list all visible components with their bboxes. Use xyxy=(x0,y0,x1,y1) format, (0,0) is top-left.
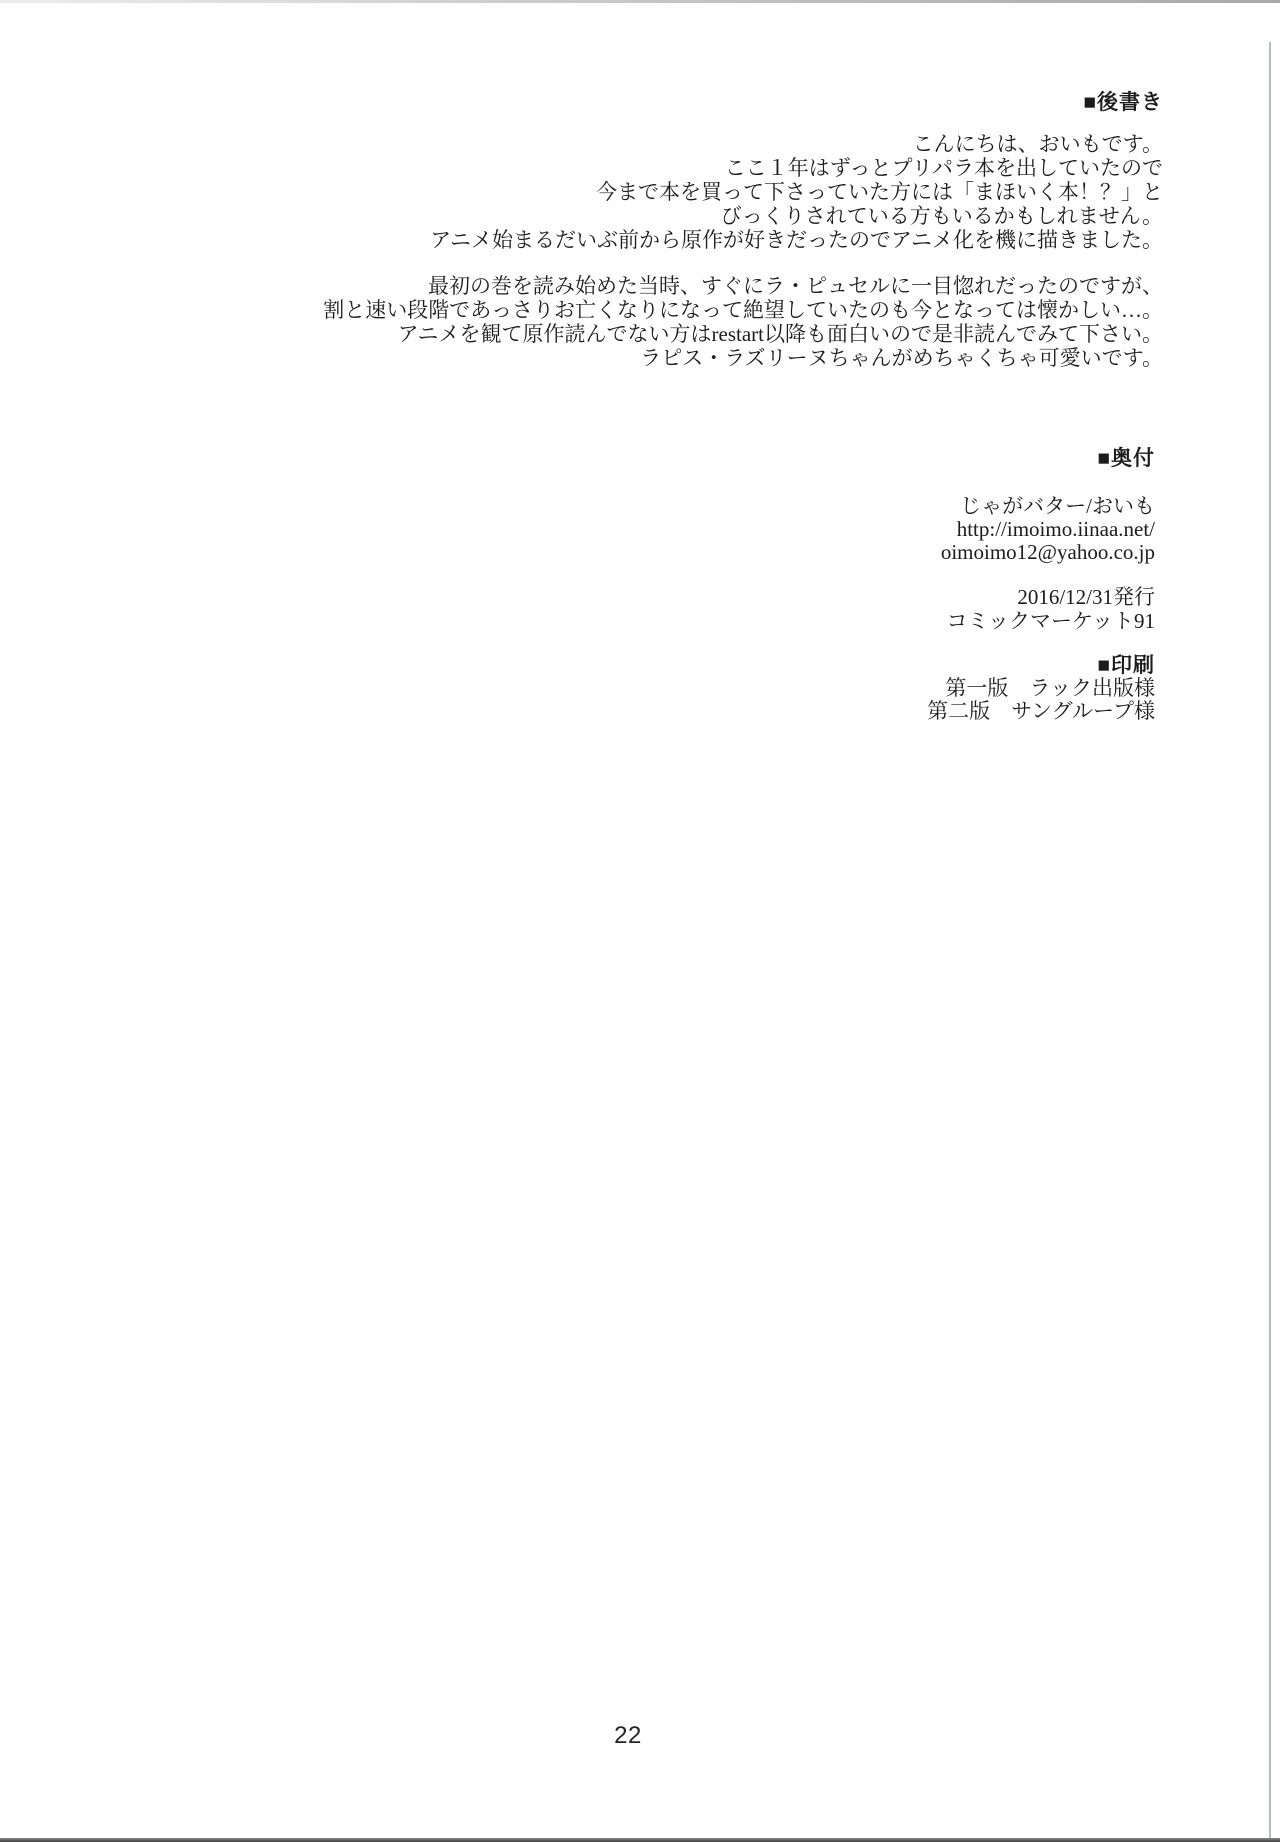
scan-edge-bottom xyxy=(0,1838,1280,1842)
scan-edge-top xyxy=(0,0,1280,3)
afterword-line: 今まで本を買って下さっていた方には「まほいく本！？」と xyxy=(323,180,1163,204)
afterword-line: びっくりされている方もいるかもしれません。 xyxy=(323,204,1163,228)
page-number: 22 xyxy=(606,1722,650,1750)
afterword-heading: ■後書き xyxy=(323,90,1163,114)
website-url: http://imoimo.iinaa.net/ xyxy=(927,518,1155,541)
afterword-line: 割と速い段階であっさりお亡くなりになって絶望していたのも今となっては懐かしい…。 xyxy=(323,298,1163,322)
afterword-line: ここ１年はずっとプリパラ本を出していたので xyxy=(323,156,1163,180)
colophon-issue-block: 2016/12/31発行 コミックマーケット91 xyxy=(927,585,1155,633)
circle-author-name: じゃがバター/おいも xyxy=(927,495,1155,518)
printing-line: 第二版 サングループ様 xyxy=(927,700,1155,723)
afterword-paragraph-1: こんにちは、おいもです。 ここ１年はずっとプリパラ本を出していたので 今まで本を… xyxy=(323,132,1163,252)
afterword-line: こんにちは、おいもです。 xyxy=(323,132,1163,156)
email-address: oimoimo12@yahoo.co.jp xyxy=(927,541,1155,564)
afterword-line: ラピス・ラズリーヌちゃんがめちゃくちゃ可愛いです。 xyxy=(323,346,1163,370)
printing-heading: ■印刷 xyxy=(927,654,1155,677)
colophon-contact-block: じゃがバター/おいも http://imoimo.iinaa.net/ oimo… xyxy=(927,495,1155,564)
publish-date: 2016/12/31発行 xyxy=(927,585,1155,609)
colophon-section: ■奥付 じゃがバター/おいも http://imoimo.iinaa.net/ … xyxy=(927,446,1155,723)
afterword-line: 最初の巻を読み始めた当時、すぐにラ・ピュセルに一目惚れだったのですが、 xyxy=(323,274,1163,298)
colophon-heading: ■奥付 xyxy=(927,446,1155,470)
scan-edge-right xyxy=(1269,42,1271,1838)
scanned-document-page: ■後書き こんにちは、おいもです。 ここ１年はずっとプリパラ本を出していたので … xyxy=(0,0,1280,1842)
afterword-section: ■後書き こんにちは、おいもです。 ここ１年はずっとプリパラ本を出していたので … xyxy=(323,90,1163,370)
afterword-paragraph-2: 最初の巻を読み始めた当時、すぐにラ・ピュセルに一目惚れだったのですが、 割と速い… xyxy=(323,274,1163,370)
afterword-line: アニメを観て原作読んでない方はrestart以降も面白いので是非読んでみて下さい… xyxy=(323,322,1163,346)
afterword-line: アニメ始まるだいぶ前から原作が好きだったのでアニメ化を機に描きました。 xyxy=(323,228,1163,252)
colophon-printing-block: ■印刷 第一版 ラック出版様 第二版 サングループ様 xyxy=(927,654,1155,723)
printing-line: 第一版 ラック出版様 xyxy=(927,677,1155,700)
event-name: コミックマーケット91 xyxy=(927,609,1155,633)
